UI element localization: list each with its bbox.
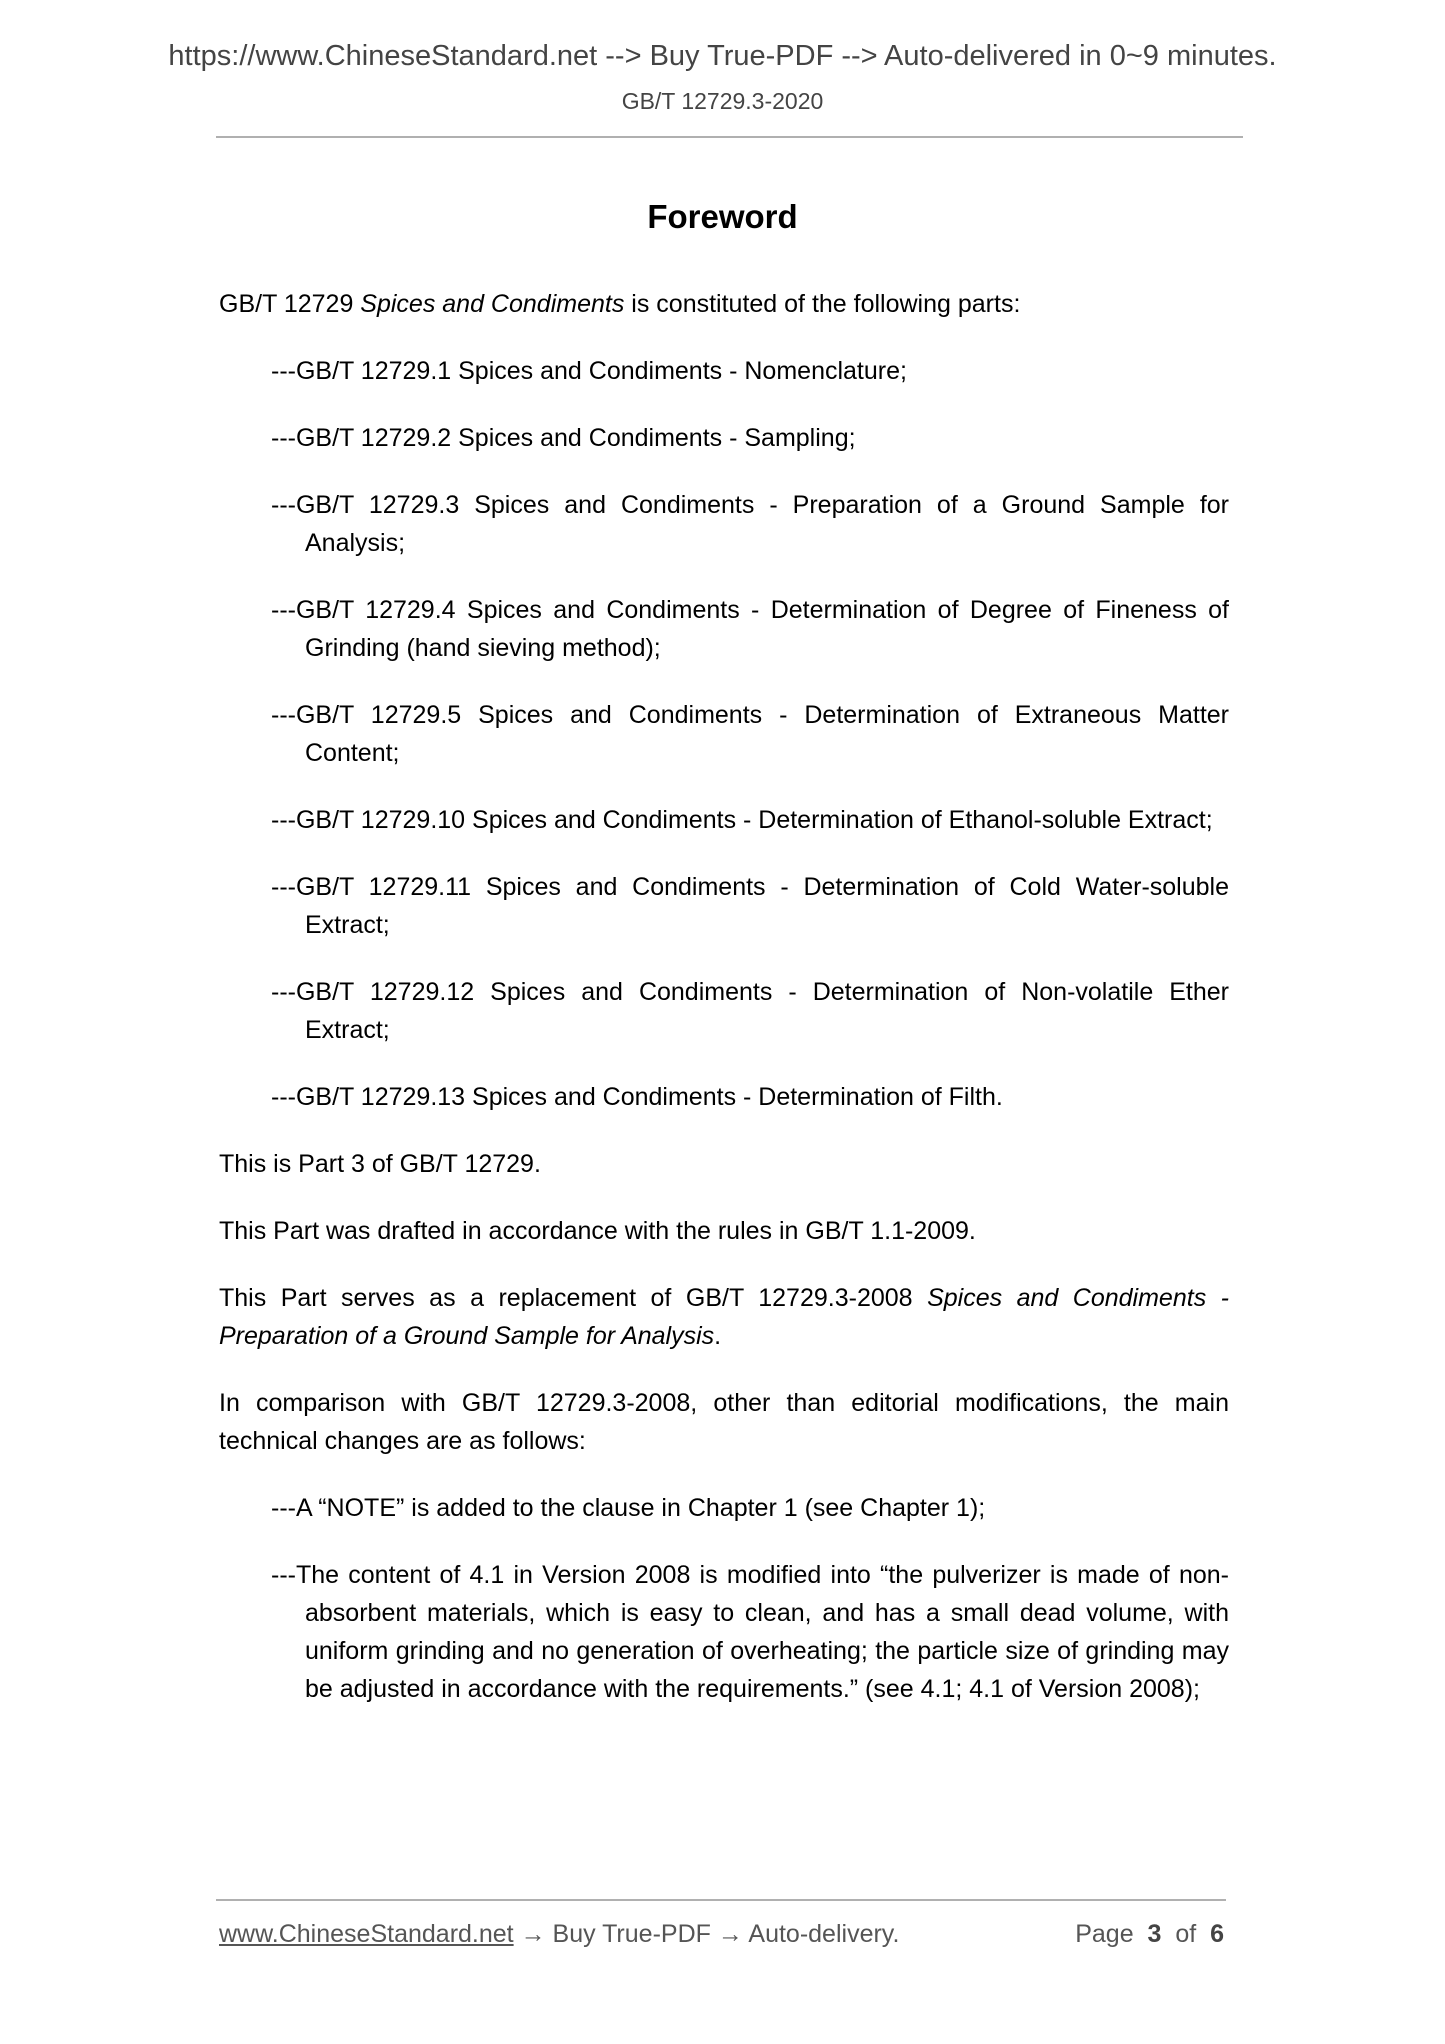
list-item: ---The content of 4.1 in Version 2008 is… — [271, 1556, 1229, 1708]
list-item: ---GB/T 12729.5 Spices and Condiments - … — [271, 696, 1229, 772]
page-footer: www.ChineseStandard.net → Buy True-PDF →… — [219, 1920, 1224, 1949]
page-label: Page — [1075, 1920, 1133, 1948]
part-statement: This is Part 3 of GB/T 12729. — [219, 1145, 1229, 1183]
footer-promo: www.ChineseStandard.net → Buy True-PDF →… — [219, 1920, 899, 1949]
changes-list: ---A “NOTE” is added to the clause in Ch… — [219, 1489, 1229, 1708]
footer-site-link[interactable]: www.ChineseStandard.net — [219, 1920, 514, 1948]
list-item: ---GB/T 12729.1 Spices and Condiments - … — [271, 352, 1229, 390]
list-item: ---GB/T 12729.12 Spices and Condiments -… — [271, 973, 1229, 1049]
list-item: ---GB/T 12729.13 Spices and Condiments -… — [271, 1078, 1229, 1116]
replacement-prefix: This Part serves as a replacement of GB/… — [219, 1284, 927, 1312]
intro-prefix: GB/T 12729 — [219, 290, 360, 318]
list-item: ---GB/T 12729.11 Spices and Condiments -… — [271, 868, 1229, 944]
drafting-statement: This Part was drafted in accordance with… — [219, 1212, 1229, 1250]
list-item: ---GB/T 12729.10 Spices and Condiments -… — [271, 801, 1229, 839]
intro-paragraph: GB/T 12729 Spices and Condiments is cons… — [219, 285, 1229, 323]
comparison-intro: In comparison with GB/T 12729.3-2008, ot… — [219, 1384, 1229, 1460]
header-divider — [216, 136, 1243, 138]
replacement-suffix: . — [714, 1322, 721, 1350]
page-title: Foreword — [0, 198, 1445, 236]
document-body: GB/T 12729 Spices and Condiments is cons… — [219, 285, 1229, 1737]
document-code: GB/T 12729.3-2020 — [0, 88, 1445, 115]
intro-suffix: is constituted of the following parts: — [624, 290, 1020, 318]
source-banner: https://www.ChineseStandard.net --> Buy … — [0, 40, 1445, 73]
parts-list: ---GB/T 12729.1 Spices and Condiments - … — [219, 352, 1229, 1116]
replacement-statement: This Part serves as a replacement of GB/… — [219, 1279, 1229, 1355]
page-of: of — [1175, 1920, 1196, 1948]
list-item: ---GB/T 12729.4 Spices and Condiments - … — [271, 591, 1229, 667]
list-item: ---GB/T 12729.2 Spices and Condiments - … — [271, 419, 1229, 457]
footer-promo-text: → Buy True-PDF → Auto-delivery. — [514, 1920, 900, 1948]
list-item: ---GB/T 12729.3 Spices and Condiments - … — [271, 486, 1229, 562]
footer-divider — [216, 1899, 1226, 1901]
page-indicator: Page 3 of 6 — [1075, 1920, 1224, 1949]
intro-italic-title: Spices and Condiments — [360, 290, 624, 318]
list-item: ---A “NOTE” is added to the clause in Ch… — [271, 1489, 1229, 1527]
page-total: 6 — [1210, 1920, 1224, 1948]
page-current: 3 — [1148, 1920, 1162, 1948]
